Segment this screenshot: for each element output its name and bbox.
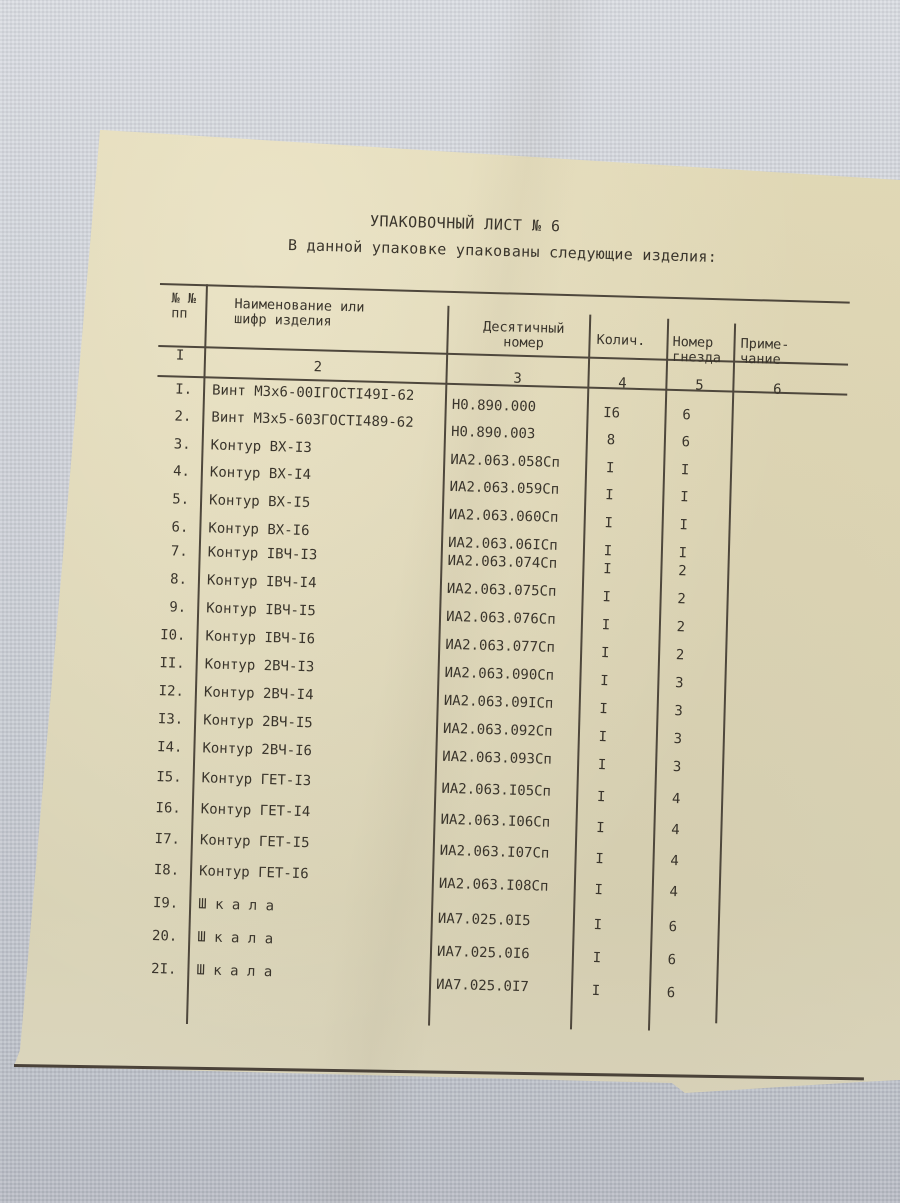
row-slot: 3 [657,759,697,776]
row-name: Винт М3х6-00IГОСТI49I-62 [212,382,447,404]
row-name: Контур ГЕТ-I5 [200,832,435,854]
header-name: Наименование или шифр изделия [234,297,365,331]
row-slot: 3 [659,675,699,692]
row-no: I. [152,381,192,398]
row-slot: 6 [652,952,692,969]
row-no: I3. [143,711,183,728]
row-no: 8. [147,571,187,588]
row-note [741,977,801,979]
row-slot: 6 [666,434,706,451]
row-decimal: ИА2.063.076Сп [446,609,596,629]
row-slot: 2 [660,647,700,664]
row-note [747,785,807,787]
row-no: I5. [141,769,181,786]
row-slot: 6 [653,919,693,936]
row-note [743,911,803,913]
row-qty: I [577,950,617,967]
row-decimal: ИА2.063.I08Сп [439,876,589,896]
row-no: 2I. [136,961,176,978]
row-qty: I [583,701,623,718]
row-decimal: ИА2.063.I05Сп [441,781,591,801]
row-decimal: ИА2.063.I06Сп [440,812,590,832]
row-slot: 2 [661,619,701,636]
row-name: Контур ГЕТ-I6 [199,863,434,885]
row-slot: 6 [651,985,691,1002]
row-name: Ш к а л а [197,929,432,951]
header-note-line2: чание [740,352,789,368]
row-decimal: ИА7.025.0I5 [438,911,588,931]
row-decimal: ИА2.063.093Сп [442,749,592,769]
row-qty: I [578,917,618,934]
row-note [742,944,802,946]
row-qty: I [586,617,626,634]
row-qty: I [585,645,625,662]
row-qty: I [581,789,621,806]
row-no: I9. [138,895,178,912]
header-no: № № пп [171,291,196,322]
row-note [746,816,806,818]
row-no: 9. [146,599,186,616]
row-decimal: ИА2.063.092Сп [443,721,593,741]
row-no: 5. [149,491,189,508]
row-decimal: ИА7.025.0I6 [437,944,587,964]
row-no: I0. [145,627,185,644]
row-qty: I [576,983,616,1000]
row-no: I6. [141,800,181,817]
row-name: Ш к а л а [196,962,431,984]
row-decimal: ИА2.063.074Сп [447,553,597,573]
row-decimal: ИА2.063.077Сп [445,637,595,657]
row-no: I8. [139,862,179,879]
row-no: I2. [144,683,184,700]
row-slot: 2 [661,591,701,608]
row-slot: 4 [655,822,695,839]
row-no: 4. [150,463,190,480]
row-no: I7. [140,831,180,848]
row-slot: I [664,489,704,506]
row-qty: I [584,673,624,690]
header-decimal-line2: номер [468,334,578,352]
header-decimal: Десятичный номер [468,319,579,352]
packing-table: № № пп Наименование или шифр изделия Дес… [140,283,850,1041]
row-qty: I [587,561,627,578]
row-decimal: ИА2.063.075Сп [447,581,597,601]
row-slot: 2 [662,563,702,580]
row-name: Контур ГЕТ-I4 [201,801,436,823]
colnum-4: 4 [612,375,632,392]
row-no: 6. [148,519,188,536]
row-decimal: ИА2.063.058Сп [450,452,600,472]
row-qty: I [589,487,629,504]
colnum-6: 6 [767,381,787,398]
row-decimal: Н0.890.003 [451,424,601,444]
row-note [745,847,805,849]
header-note: Приме- чание [740,337,790,368]
row-qty: 8 [591,432,631,449]
row-decimal: ИА2.063.09IСп [444,693,594,713]
colnum-3: 3 [507,370,527,387]
header-slot-line2: гнезда [672,350,721,366]
row-slot: 4 [654,884,694,901]
row-name: Ш к а л а [198,896,433,918]
row-decimal: ИА2.063.I07Сп [440,843,590,863]
row-no: 20. [137,928,177,945]
row-qty: I [579,851,619,868]
row-note [757,397,817,399]
header-slot: Номер гнезда [672,335,722,366]
row-no: I4. [142,739,182,756]
row-slot: 4 [656,791,696,808]
row-note [744,878,804,880]
row-slot: I [663,517,703,534]
row-decimal: ИА7.025.0I7 [436,977,586,997]
row-decimal: Н0.890.000 [452,397,602,417]
colnum-5: 5 [689,377,709,394]
row-name: Контур ГЕТ-I3 [201,770,436,792]
header-no-line2: пп [171,306,196,322]
row-qty: I [580,820,620,837]
colnum-1: I [170,347,190,364]
row-slot: 3 [658,731,698,748]
colnum-2: 2 [308,359,328,376]
row-qty: I [588,515,628,532]
row-no: II. [145,655,185,672]
row-decimal: ИА2.063.090Сп [444,665,594,685]
row-no: 3. [150,436,190,453]
row-decimal: ИА2.063.060Сп [449,507,599,527]
row-decimal: ИА2.063.059Сп [449,479,599,499]
row-no: 2. [151,408,191,425]
row-no: 7. [148,543,188,560]
row-qty: I [583,729,623,746]
header-qty: Колич. [596,333,645,349]
row-slot: 4 [654,853,694,870]
row-slot: 3 [658,703,698,720]
row-qty: I [582,757,622,774]
row-qty: I [579,882,619,899]
row-qty: I [586,589,626,606]
